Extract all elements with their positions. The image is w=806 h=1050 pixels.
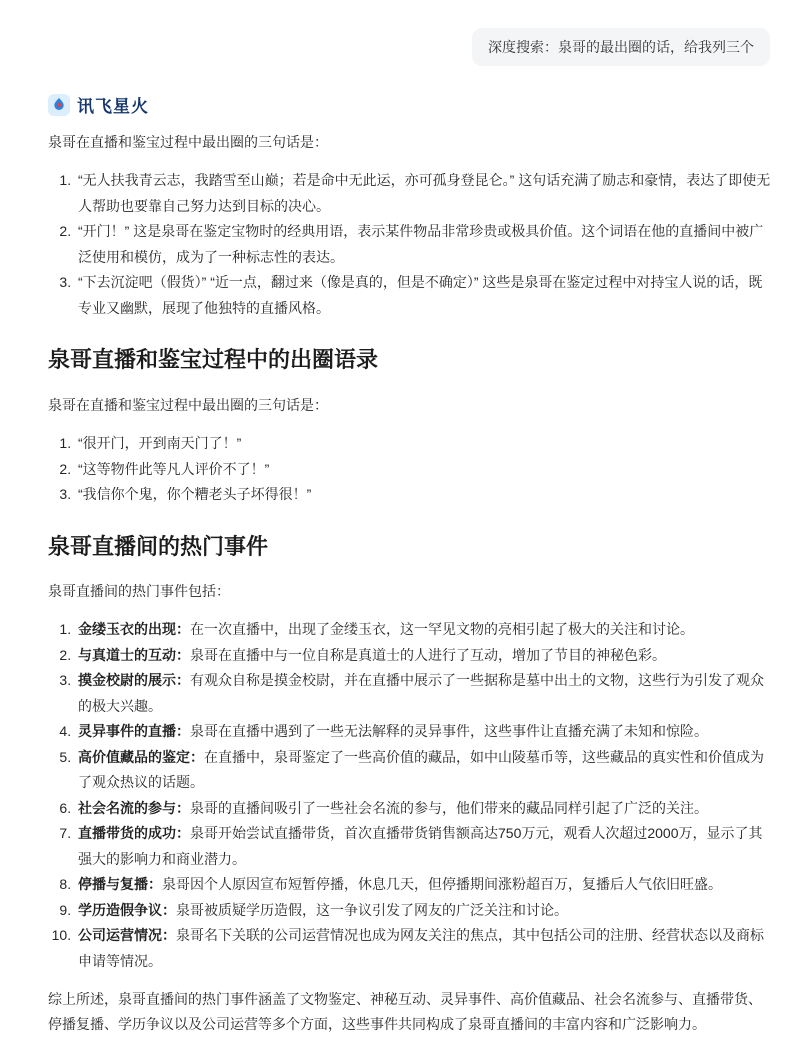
section-events-intro: 泉哥直播间的热门事件包括： <box>48 579 772 604</box>
section-heading-events: 泉哥直播间的热门事件 <box>48 532 772 562</box>
section-heading-quotes: 泉哥直播和鉴宝过程中的出圈语录 <box>48 345 772 375</box>
event-term: 公司运营情况： <box>78 927 176 943</box>
assistant-brand: 讯飞星火 <box>48 92 758 117</box>
list-item: 金缕玉衣的出现：在一次直播中，出现了金缕玉衣，这一罕见文物的亮相引起了极大的关注… <box>75 617 772 642</box>
event-desc: 泉哥因个人原因宣布短暂停播，休息几天，但停播期间涨粉超百万，复播后人气依旧旺盛。 <box>162 876 722 892</box>
event-term: 停播与复播： <box>78 876 162 892</box>
events-list: 金缕玉衣的出现：在一次直播中，出现了金缕玉衣，这一罕见文物的亮相引起了极大的关注… <box>48 617 772 974</box>
event-term: 社会名流的参与： <box>78 800 190 816</box>
list-item: “开门！” 这是泉哥在鉴定宝物时的经典用语，表示某件物品非常珍贵或极具价值。这个… <box>75 219 772 270</box>
event-desc: 泉哥的直播间吸引了一些社会名流的参与，他们带来的藏品同样引起了广泛的关注。 <box>190 800 708 816</box>
list-item: 社会名流的参与：泉哥的直播间吸引了一些社会名流的参与，他们带来的藏品同样引起了广… <box>75 796 772 821</box>
event-term: 摸金校尉的展示： <box>78 672 190 688</box>
quotes-list-second: “很开门，开到南天门了！” “这等物件此等凡人评价不了！” “我信你个鬼，你个糟… <box>48 431 772 507</box>
list-item: 停播与复播：泉哥因个人原因宣布短暂停播，休息几天，但停播期间涨粉超百万，复播后人… <box>75 872 772 897</box>
event-term: 直播带货的成功： <box>78 825 190 841</box>
list-item: “这等物件此等凡人评价不了！” <box>75 457 772 482</box>
event-term: 高价值藏品的鉴定： <box>78 749 204 765</box>
quotes-list-first: “无人扶我青云志，我踏雪至山巅；若是命中无此运，亦可孤身登昆仑。” 这句话充满了… <box>48 168 772 321</box>
list-item: 灵异事件的直播：泉哥在直播中遇到了一些无法解释的灵异事件，这些事件让直播充满了未… <box>75 719 772 744</box>
event-term: 金缕玉衣的出现： <box>78 621 190 637</box>
list-item: 直播带货的成功：泉哥开始尝试直播带货，首次直播带货销售额高达750万元，观看人次… <box>75 821 772 872</box>
event-term: 学历造假争议： <box>78 902 176 918</box>
list-item: 公司运营情况：泉哥名下关联的公司运营情况也成为网友关注的焦点，其中包括公司的注册… <box>75 923 772 974</box>
list-item: “无人扶我青云志，我踏雪至山巅；若是命中无此运，亦可孤身登昆仑。” 这句话充满了… <box>75 168 772 219</box>
list-item: “我信你个鬼，你个糟老头子坏得很！” <box>75 482 772 507</box>
answer-intro: 泉哥在直播和鉴宝过程中最出圈的三句话是： <box>48 130 772 155</box>
event-desc: 泉哥名下关联的公司运营情况也成为网友关注的焦点，其中包括公司的注册、经营状态以及… <box>78 927 764 968</box>
event-term: 与真道士的互动： <box>78 647 190 663</box>
user-message-bubble: 深度搜索：泉哥的最出圈的话，给我列三个 <box>472 28 770 66</box>
assistant-answer: 泉哥在直播和鉴宝过程中最出圈的三句话是： “无人扶我青云志，我踏雪至山巅；若是命… <box>48 130 772 1037</box>
section-quotes-intro: 泉哥在直播和鉴宝过程中最出圈的三句话是： <box>48 393 772 418</box>
spark-droplet-icon <box>48 94 70 116</box>
event-term: 灵异事件的直播： <box>78 723 190 739</box>
list-item: 摸金校尉的展示：有观众自称是摸金校尉，并在直播中展示了一些据称是墓中出土的文物，… <box>75 668 772 719</box>
user-message-row: 深度搜索：泉哥的最出圈的话，给我列三个 <box>0 0 806 66</box>
assistant-brand-name: 讯飞星火 <box>77 92 149 117</box>
list-item: 学历造假争议：泉哥被质疑学历造假，这一争议引发了网友的广泛关注和讨论。 <box>75 898 772 923</box>
event-desc: 泉哥在直播中遇到了一些无法解释的灵异事件，这些事件让直播充满了未知和惊险。 <box>190 723 708 739</box>
event-desc: 在一次直播中，出现了金缕玉衣，这一罕见文物的亮相引起了极大的关注和讨论。 <box>190 621 694 637</box>
list-item: 高价值藏品的鉴定：在直播中，泉哥鉴定了一些高价值的藏品，如中山陵墓币等，这些藏品… <box>75 745 772 796</box>
list-item: “很开门，开到南天门了！” <box>75 431 772 456</box>
event-desc: 泉哥在直播中与一位自称是真道士的人进行了互动，增加了节目的神秘色彩。 <box>190 647 666 663</box>
answer-summary: 综上所述，泉哥直播间的热门事件涵盖了文物鉴定、神秘互动、灵异事件、高价值藏品、社… <box>48 987 772 1037</box>
event-desc: 泉哥被质疑学历造假，这一争议引发了网友的广泛关注和讨论。 <box>176 902 568 918</box>
list-item: “下去沉淀吧（假货）” “近一点，翻过来（像是真的，但是不确定）” 这些是泉哥在… <box>75 270 772 321</box>
list-item: 与真道士的互动：泉哥在直播中与一位自称是真道士的人进行了互动，增加了节目的神秘色… <box>75 643 772 668</box>
